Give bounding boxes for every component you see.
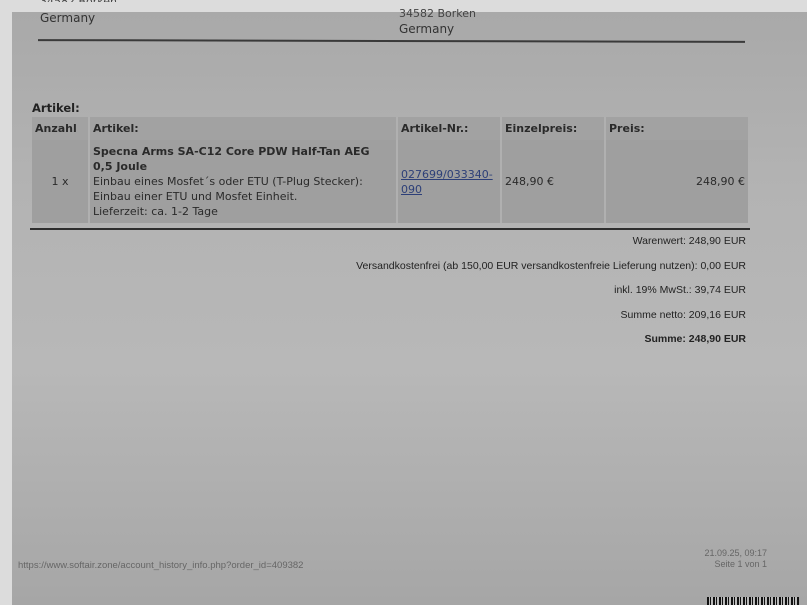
goods-value: Warenwert: 248,90 EUR <box>356 234 746 259</box>
page-number: Seite 1 von 1 <box>704 559 767 570</box>
header-quantity: Anzahl <box>32 117 89 140</box>
header-unit-price: Einzelpreis: <box>501 117 605 140</box>
row-price: 248,90 € <box>605 140 748 223</box>
shipping-country: Germany <box>399 22 476 37</box>
billing-city: 34582 Borken <box>40 0 117 2</box>
row-unit-price: 248,90 € <box>501 140 605 223</box>
article-number-part1[interactable]: 027699/033340- <box>401 168 493 181</box>
row-article-no: 027699/033340- 090 <box>397 140 501 223</box>
table-header-row: Anzahl Artikel: Artikel-Nr.: Einzelpreis… <box>32 117 748 140</box>
net-total: Summe netto: 209,16 EUR <box>356 308 746 333</box>
billing-address: 34582 Borken Germany <box>40 2 117 26</box>
shipping-cost: Versandkostenfrei (ab 150,00 EUR versand… <box>356 259 746 284</box>
section-title: Artikel: <box>32 101 80 115</box>
items-table: Anzahl Artikel: Artikel-Nr.: Einzelpreis… <box>32 117 748 223</box>
barcode <box>707 597 799 605</box>
article-number-link[interactable]: 027699/033340- 090 <box>401 168 493 196</box>
row-description: Specna Arms SA-C12 Core PDW Half-Tan AEG… <box>89 140 397 223</box>
shipping-city: 34582 Borken <box>399 6 476 18</box>
delivery-time: Lieferzeit: ca. 1-2 Tage <box>93 204 393 219</box>
table-row: 1 x Specna Arms SA-C12 Core PDW Half-Tan… <box>32 140 748 223</box>
divider <box>30 228 750 230</box>
article-number-part2[interactable]: 090 <box>401 183 422 196</box>
grand-total: Summe: 248,90 EUR <box>356 332 746 357</box>
print-datetime: 21.09.25, 09:17 <box>704 548 767 559</box>
order-totals: Warenwert: 248,90 EUR Versandkostenfrei … <box>356 234 746 357</box>
product-option-line2: Einbau einer ETU und Mosfet Einheit. <box>93 189 393 204</box>
product-name-line1: Specna Arms SA-C12 Core PDW Half-Tan AEG <box>93 144 393 159</box>
header-article: Artikel: <box>89 117 397 140</box>
footer-url: https://www.softair.zone/account_history… <box>18 560 303 571</box>
billing-country: Germany <box>40 11 117 26</box>
footer-meta: 21.09.25, 09:17 Seite 1 von 1 <box>704 548 767 570</box>
shipping-address: 34582 Borken Germany <box>399 6 476 37</box>
product-option-line1: Einbau eines Mosfet´s oder ETU (T-Plug S… <box>93 174 393 189</box>
row-quantity: 1 x <box>32 140 89 223</box>
header-price: Preis: <box>605 117 748 140</box>
header-article-no: Artikel-Nr.: <box>397 117 501 140</box>
product-name-line2: 0,5 Joule <box>93 159 393 174</box>
vat-amount: inkl. 19% MwSt.: 39,74 EUR <box>356 283 746 308</box>
